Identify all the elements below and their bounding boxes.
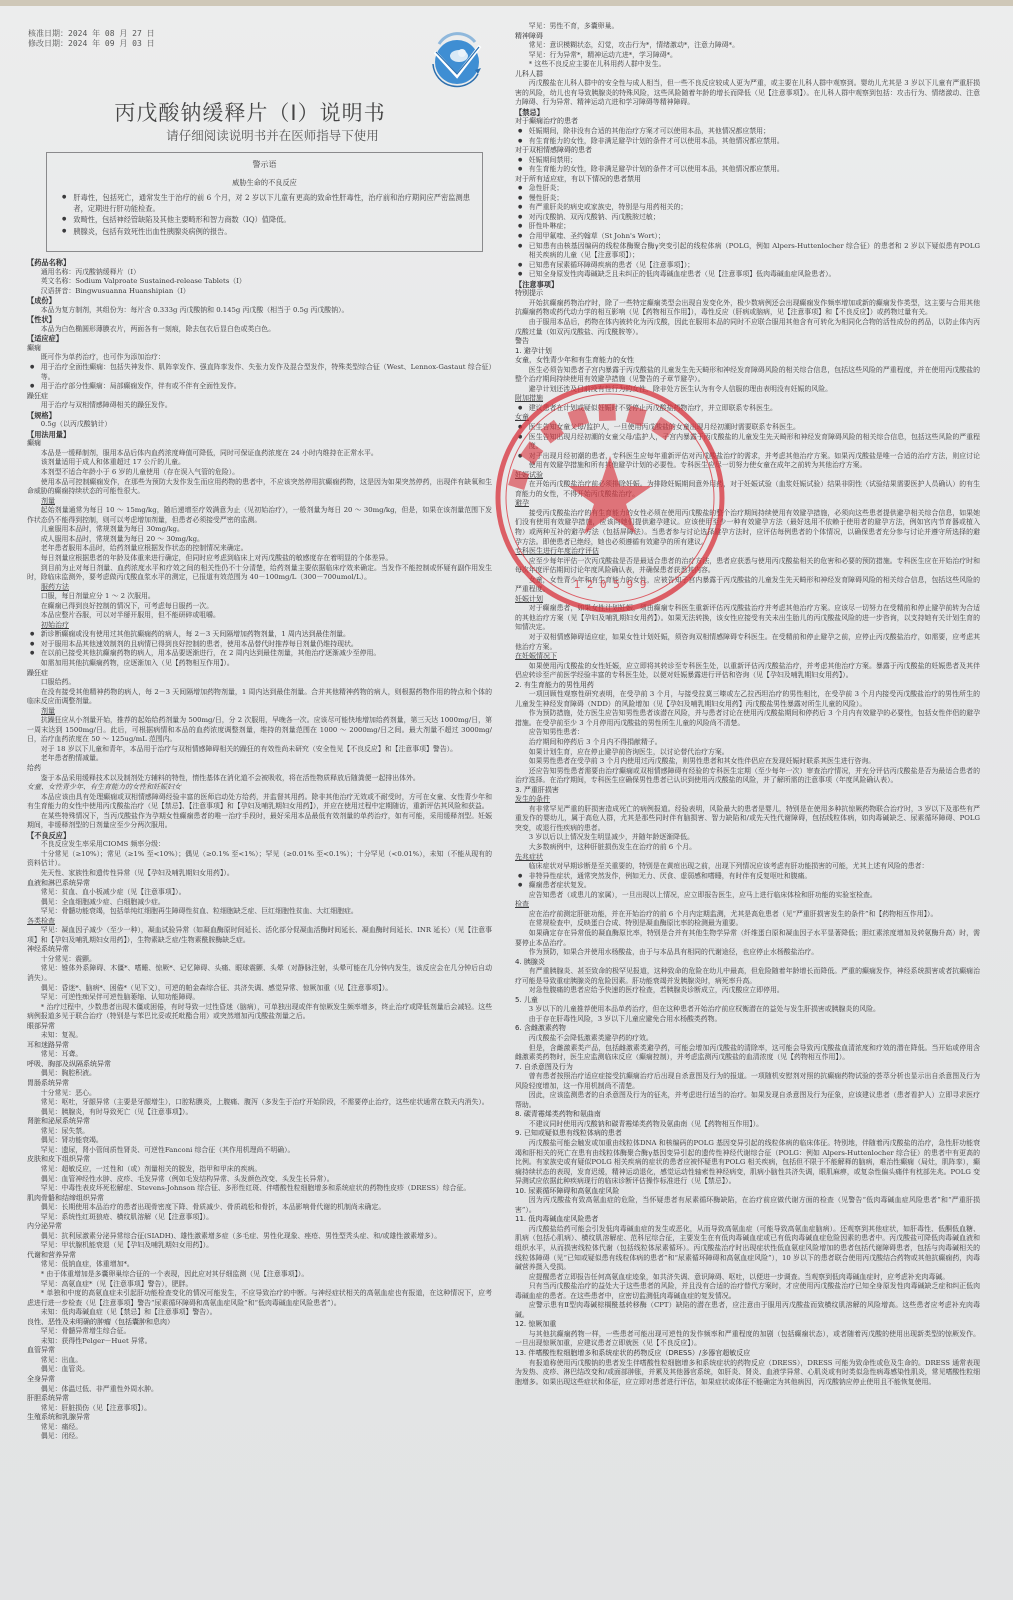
section-heading: 【成份】 <box>27 296 492 306</box>
paragraph: 接受丙戊酸盐治疗的有生育能力的女性必须在使用丙戊酸盐的整个治疗期间持续使用有效避… <box>515 509 980 547</box>
paragraph: 十分常见：恶心。 <box>27 1089 492 1099</box>
underlined-subheading: 避孕 <box>515 499 980 509</box>
indented-line: 通用名称：丙戊酸钠缓释片（Ⅰ） <box>41 268 492 278</box>
document-subtitle: 请仔细阅读说明书并在医师指导下使用 <box>0 126 545 144</box>
subheading: 3. 严重肝损害 <box>515 786 980 796</box>
paragraph: 有报道称使用丙戊酸钠的患者发生伴嗜酸性粒细胞增多和系统症状的药物反应（DRESS… <box>515 1359 980 1388</box>
paragraph: 一项回顾性观察性研究表明，在受孕前 3 个月，与接受拉莫三嗪或左乙拉西坦治疗的男… <box>515 690 980 709</box>
paragraph: 本剂型不适合年龄小于 6 岁的儿童使用（存在误入气管的危险）。 <box>27 468 492 478</box>
bullet-item: 用于治疗部分性癫痫：局部癫痫发作，伴有或不伴有全面性发作。 <box>27 382 492 392</box>
subheading: 生殖系统和乳腺异常 <box>27 1413 492 1423</box>
bullet-item: 对于出现月经初潮的患者，专科医生应每年重新评估对丙戊酸盐治疗的需求，并考虑其他治… <box>515 452 980 471</box>
bullet-item: 有严重肝炎的病史或家族史，特别是与用药相关的； <box>515 203 980 213</box>
paragraph: 罕见：系统性红斑狼疮、横纹肌溶解（见【注意事项】）。 <box>27 1213 492 1223</box>
subheading: 13. 伴嗜酸性粒细胞增多和系统症状的药物反应（DRESS）/多器官超敏反应 <box>515 1349 980 1359</box>
underlined-subheading: 剂量 <box>41 497 492 507</box>
document-title: 丙戊酸钠缓释片（Ⅰ）说明书 <box>0 97 500 127</box>
paragraph: 十分常见（≥10%）；常见（≥1% 至<10%）；偶见（≥0.1% 至<1%）；… <box>27 850 492 869</box>
paragraph: 偶见：胸腔积液。 <box>27 1069 492 1079</box>
section-heading: 【用法用量】 <box>27 430 492 440</box>
underlined-subheading: 服药方法 <box>41 583 492 593</box>
subheading: 给药 <box>27 764 492 774</box>
subheading: 皮肤和皮下组织异常 <box>27 1155 492 1165</box>
paragraph: 丙戊酸盐不会降低激素类避孕药的疗效。 <box>515 1034 980 1044</box>
paragraph: 有严重胰腺炎、甚至致命的极罕见报道，这种致命的危险在幼儿中最高，但危险随着年龄增… <box>515 967 980 986</box>
underlined-subheading: 女童 <box>515 413 980 423</box>
subheading: 特别提示 <box>515 289 980 299</box>
paragraph: 由于存在肝毒性风险，3 岁以下儿童应避免合用水杨酸类药物。 <box>515 1015 980 1025</box>
bullet-item: 建议患者在计划或疑似妊娠时不要停止丙戊酸盐药物治疗，并立即联系专科医生。 <box>515 404 980 414</box>
paragraph: 未知：获得性Pelger－Huet 异常。 <box>27 1337 492 1347</box>
paragraph: 常见：低钠血症，体重增加*。 <box>27 1260 492 1270</box>
subheading: 警告 <box>515 337 980 347</box>
document-dates: 核准日期：2024 年 08 月 27 日 修改日期：2024 年 09 月 0… <box>28 29 155 49</box>
paragraph: 在常规检查中，反映蛋白合成、特别是凝血酶原比率的检测最为重要。 <box>515 919 980 929</box>
paragraph: 偶见：胰腺炎，有时导致死亡（见【注意事项】）。 <box>27 1108 492 1118</box>
bullet-item: 对于服用本品其他速效制剂的且病情已得到良好控制的患者，使用本品替代时推荐每日剂量… <box>27 640 492 650</box>
paragraph: * 治疗过程中，少数患者出现木僵或困倦，有时导致一过性昏迷（脑病），可单独出现或… <box>27 1003 492 1022</box>
paragraph: 罕见：男性不育，多囊卵巢。 <box>515 22 980 32</box>
bullet-item: 医生告知出现月经初潮的女童父母/监护人，子宫内暴露于丙戊酸盐的儿童发生先天畸形和… <box>515 433 980 452</box>
paragraph: 偶见：昏迷*、脑病*、困倦*（见下文），可逆的帕金森综合征、共济失调、感觉异常、… <box>27 984 492 994</box>
underlined-subheading: 先兆症状 <box>515 853 980 863</box>
subheading: 躁狂症 <box>27 669 492 679</box>
section-heading: 【规格】 <box>27 411 492 421</box>
bullet-item: 用于治疗全面性癫痫：包括失神发作、肌阵挛发作、强直阵挛发作、失张力发作及混合型发… <box>27 363 492 382</box>
approval-date: 核准日期：2024 年 08 月 27 日 <box>28 29 155 39</box>
subheading: 儿科人群 <box>515 70 980 80</box>
bullet-item: 癫痫患者症状复发。 <box>515 881 980 891</box>
paragraph: 女童，女性青少年和有生育能力的女性，应被告知子宫内暴露于丙戊酸盐的儿童发生先天畸… <box>515 576 980 595</box>
bullet-item: 妊娠期间禁用； <box>515 156 980 166</box>
paragraph: * 单独和中度的高氨血症未引起肝功能检查变化的情况可能发生，不应导致治疗的中断。… <box>27 1289 492 1308</box>
paragraph: 本品应该由具有处理癫痫或双相情感障碍经验丰富的医师启动处方给药，并监督其用药。除… <box>27 793 492 812</box>
paragraph: 常见：呕吐，牙龈异常（主要是牙龈增生），口腔粘膜炎，上腹痛、腹泻（多发生于治疗开… <box>27 1098 492 1108</box>
paragraph: 常见：耳聋。 <box>27 1050 492 1060</box>
paragraph: 儿童服用本品时，常规剂量为每日 30mg/kg。 <box>27 525 492 535</box>
paragraph: 应警示患有Ⅱ型肉毒碱棕榈酰基转移酶（CPT）缺陷的潜在患者，应注意由于服用丙戊酸… <box>515 1301 980 1320</box>
subheading: 5. 儿童 <box>515 996 980 1006</box>
paragraph: 开始抗癫痫药物治疗时，除了一些特定癫痫类型会出现自发变化外，极少数病例还会出现癫… <box>515 299 980 318</box>
paragraph: 先天性、家族性和遗传性异常（见【孕妇及哺乳期妇女用药】）。 <box>27 869 492 879</box>
underlined-subheading: 剂量 <box>41 707 492 717</box>
bullet-item: 慢性肝炎； <box>515 194 980 204</box>
paragraph: 对于癫痫患者，如果女性计划妊娠，须由癫痫专科医生重新评估丙戊酸盐治疗并考虑其他治… <box>515 604 980 633</box>
section-heading: 【注意事项】 <box>515 280 980 290</box>
paragraph: 常见：出血。 <box>27 1356 492 1366</box>
paragraph: 应提醒患者立即报告任何高氨血症迹象，如共济失调、意识障碍、呕吐，以便进一步调查。… <box>515 1273 980 1283</box>
subheading: 神经系统异常 <box>27 945 492 955</box>
subheading: 内分泌异常 <box>27 1222 492 1232</box>
paragraph: 本品应整片吞服，可以对半掰开服用，但不能研碎或咀嚼。 <box>27 611 492 621</box>
paragraph: 偶见：长期使用本品治疗的患者出现骨密度下降、骨质减少、骨质疏松和骨折，本品影响骨… <box>27 1203 492 1213</box>
subheading: 10. 尿素循环障碍和高氨血症风险 <box>515 1187 980 1197</box>
subheading: 肝胆系统异常 <box>27 1394 492 1404</box>
paragraph: 罕见：行为异常*，精神运动亢进*，学习障碍*。 <box>515 51 980 61</box>
paragraph: 罕见：中毒性表皮坏死松解症、Stevens-Johnson 综合征、多形性红斑、… <box>27 1184 492 1194</box>
subheading: 9. 已知或疑似患有线粒体病的患者 <box>515 1129 980 1139</box>
paragraph: 不建议同时使用丙戊酸钠和碳青霉烯类药物及氨曲南（见【药物相互作用】）。 <box>515 1120 980 1130</box>
revision-date: 修改日期：2024 年 09 月 03 日 <box>28 39 155 49</box>
section-heading: 【药品名称】 <box>27 258 492 268</box>
indented-line: 既可作为单药治疗，也可作为添加治疗： <box>41 353 492 363</box>
paragraph: 偶见：血管神经性水肿、皮疹、毛发异常（例如毛发结构异常、头发颜色改变、头发生长异… <box>27 1175 492 1185</box>
paragraph: 在癫痫已得到良好控制的情况下，可考虑每日服药一次。 <box>27 602 492 612</box>
paragraph: 3 岁以下的儿童推荐使用本品单药治疗，但在这种患者开始治疗前应权衡潜在的益处与发… <box>515 1005 980 1015</box>
paragraph: 罕见：骨髓功能衰竭，包括单纯红细胞再生障碍性贫血、粒细胞缺乏症、巨红细胞性贫血、… <box>27 907 492 917</box>
paragraph: 使用本品可控制癫痫发作，在那些为预防大发作发生而应用药物的患者中，不应该突然停用… <box>27 478 492 497</box>
paragraph: 丙戊酸盐在儿科人群中的安全性与成人相当，但一些不良反应较成人更为严重，或主要在儿… <box>515 79 980 108</box>
paragraph: 对急性腹痛的患者应给予快速的医疗检查，若胰腺炎诊断成立，丙戊酸应立即停用。 <box>515 986 980 996</box>
bullet-item: 新诊断癫痫或没有使用过其他抗癫痫药的病人，每 2－3 天间隔增加药物剂量，1 周… <box>27 630 492 640</box>
subheading: 6. 含雌激素药物 <box>515 1024 980 1034</box>
paragraph: 常见：意识模糊状态，幻觉，攻击行为*，情绪激动*，注意力障碍*。 <box>515 41 980 51</box>
bullet-item: 对丙戊酸钠、双丙戊酸钠、丙戊酰胺过敏； <box>515 213 980 223</box>
paragraph: 与其他抗癫痫药物一样，一些患者可能出现可逆性的发作频率和严重程度的加剧（包括癫痫… <box>515 1330 980 1349</box>
paragraph: 3 岁以后以上情况发生明显减少，并随年龄逐渐降低。 <box>515 833 980 843</box>
paragraph: 由于服用本品后，药物在体内被转化为丙戊酸，因此在服用本品的同时不应联合服用其他含… <box>515 318 980 337</box>
bullet-item: 在以前已接受其他抗癫痫药物的病人，用本品要逐渐进行，在 2 周内达到最佳剂量，其… <box>27 649 492 659</box>
indented-line: 用于治疗与双相情感障碍相关的躁狂发作。 <box>41 401 492 411</box>
subheading: 1. 避孕计划 <box>515 347 980 357</box>
paragraph: 应至少每年评估一次丙戊酸盐是否是最适合患者的治疗方法，患者应获悉与使用丙戊酸盐相… <box>515 557 980 576</box>
warning-title: 警示语 <box>59 159 470 171</box>
section-heading: 【性状】 <box>27 315 492 325</box>
bullet-item: 已知全身原发性肉毒碱缺乏且未纠正的低肉毒碱血症患者（见【注意事项】低肉毒碱血症风… <box>515 270 980 280</box>
paragraph: 常见：贫血、血小板减少症（见【注意事项】）。 <box>27 888 492 898</box>
paragraph: 对于双相情感障碍适应症，如果女性计划妊娠，须咨询双相情感障碍专科医生。在受精前和… <box>515 633 980 652</box>
paragraph: 大多数病例中，这种肝脏损伤发生在治疗的前 6 个月。 <box>515 843 980 853</box>
paragraph: 每日剂量应根据患者的年龄及体重来进行确定，但同时应考虑到临床上对丙戊酸盐的敏感度… <box>27 554 492 564</box>
paragraph: 常见：锥体外系障碍、木僵*、嗜睡、惊厥*、记忆障碍、头痛、眼球震颤、头晕（对静脉… <box>27 964 492 983</box>
subheading: 4. 胰腺炎 <box>515 958 980 968</box>
paragraph: 罕见：凝血因子减少（至少一种），凝血试验异常（如凝血酶原时间延长、活化部分促凝血… <box>27 926 492 945</box>
paragraph: 偶见：闭经。 <box>27 1432 492 1442</box>
subheading: 肌肉骨骼和结缔组织异常 <box>27 1194 492 1204</box>
underlined-subheading: 初始治疗 <box>41 621 492 631</box>
paragraph: 应在治疗前测定肝脏功能，并在开始治疗的前 6 个月内定期监测，尤其是高危患者（见… <box>515 910 980 920</box>
paragraph: 罕见：可逆性痴呆伴可逆性脑萎缩、认知功能障碍。 <box>27 993 492 1003</box>
paragraph: 罕见：骨髓异常增生综合征。 <box>27 1327 492 1337</box>
paragraph: 偶见：全血细胞减少症、白细胞减少症。 <box>27 898 492 908</box>
paragraph: 应告知患者（或患儿的家属），一旦出现以上情况，应立即报告医生，应马上进行临床体检… <box>515 891 980 901</box>
subheading: 呼吸、胸部及纵隔系统异常 <box>27 1060 492 1070</box>
paragraph: 丙戊酸盐可能会触发或加重由线粒体DNA 和核编码的POLG 基因变异引起的线粒体… <box>515 1139 980 1187</box>
paragraph: 该剂量适用于成人和体重超过 17 公斤的儿童。 <box>27 458 492 468</box>
warning-item: 致畸性，包括神经管缺陷及其他主要畸形和智力商数（IQ）值降低。 <box>59 214 470 225</box>
drug-leaflet-page: 核准日期：2024 年 08 月 27 日 修改日期：2024 年 09 月 0… <box>0 0 1013 1600</box>
paragraph: 对于 18 岁以下儿童和青年，本品用于治疗与双相情感障碍相关的躁狂的有效性尚未研… <box>27 745 492 755</box>
subheading: 肾脏和泌尿系统异常 <box>27 1117 492 1127</box>
subheading: 胃肠系统异常 <box>27 1079 492 1089</box>
paragraph: 老年患者服用本品时，给药剂量应根据发作状态的控制情况来确定。 <box>27 544 492 554</box>
indented-line: 英文名称：Sodium Valproate Sustained-release … <box>41 277 492 287</box>
paragraph: 如需加用其他抗癫痫药物，应逐渐加入（见【药物相互作用】）。 <box>27 659 492 669</box>
subheading: 耳和迷路异常 <box>27 1041 492 1051</box>
bullet-item: 合用甲氟喹、圣约翰草（St John's Wort）； <box>515 232 980 242</box>
paragraph: 如果男性患者在受孕前 3 个月内使用过丙戊酸盐，则男性患者和其女性伴侣应在发现妊… <box>515 757 980 767</box>
paragraph: 常见：痛经。 <box>27 1423 492 1433</box>
paragraph: 常见：超敏反应，一过性和（或）剂量相关的脱发，指甲和甲床的疾病。 <box>27 1165 492 1175</box>
paper-top-edge <box>0 0 1013 6</box>
bullet-item: 妊娠期间，除非没有合适的其他治疗方案才可以使用本品，其他情况都应禁用； <box>515 127 980 137</box>
paragraph: 丙戊酸盐给药可能会引发低肉毒碱血症的发生或恶化，从而导致高氨血症（可能导致高氨血… <box>515 1225 980 1273</box>
paragraph: 偶见：体温过低、非严重性外周水肿。 <box>27 1385 492 1395</box>
paragraph: 未知：低肉毒碱血症（见【禁忌】和【注意事项】警告）。 <box>27 1308 492 1318</box>
subheading: 对于癫痫治疗的患者 <box>515 117 980 127</box>
subheading: 血液和淋巴系统异常 <box>27 879 492 889</box>
warning-item: 胰腺炎，包括有致死性出血性胰腺炎病例的报告。 <box>59 226 470 237</box>
bullet-item: 已知患有由核基因编码的线粒体酶聚合酶γ突变引起的线粒体病（POLG，例如 Alp… <box>515 242 980 261</box>
paragraph: 抗躁狂应从小剂量开始，推荐的起始给药剂量为 500mg/日，分 2 次服用，早晚… <box>27 716 492 745</box>
paragraph: 未知：复视。 <box>27 1031 492 1041</box>
subheading: 对于双相情感障碍的患者 <box>515 146 980 156</box>
bullet-item: 已知患有尿素循环障碍疾病的患者（见【注意事项】）； <box>515 261 980 271</box>
paragraph: 鉴于本品采用缓释技术以及制剂处方辅料的特性，惰性基体在消化道不会被吸收，将在活性… <box>27 774 492 784</box>
paragraph: 成人服用本品时，常规剂量为每日 20 ～ 30mg/kg。 <box>27 535 492 545</box>
consistency-evaluation-logo-icon <box>426 30 488 92</box>
paragraph: 到目前为止对每日剂量、血药浓度水平和疗效之间的相关性仍不十分清楚，给药剂量主要依… <box>27 564 492 583</box>
paragraph: 在没有接受其他精神药物的病人，每 2－3 天间隔增加药物剂量，1 周内达到最佳剂… <box>27 688 492 707</box>
paragraph: 老年患者酌情减量。 <box>27 754 492 764</box>
subheading: 女童，女性青少年和有生育能力的女性 <box>515 356 980 366</box>
underlined-subheading: 检查 <box>515 900 980 910</box>
paragraph: 避孕计划还涉及目前没有性行为的女性，除非处方医生认为有令人信服的理由表明没有妊娠… <box>515 385 980 395</box>
underlined-subheading: 各类检查 <box>27 917 492 927</box>
underlined-subheading: 发生的条件 <box>515 795 980 805</box>
subheading: 7. 自杀意图及行为 <box>515 1063 980 1073</box>
left-column: 【药品名称】通用名称：丙戊酸钠缓释片（Ⅰ）英文名称：Sodium Valproa… <box>27 258 492 1442</box>
paragraph: 因为丙戊酸盐有致高氨血症的危险，当怀疑患者有尿素循环酶缺陷，在治疗前应做代谢方面… <box>515 1196 980 1215</box>
right-column: 罕见：男性不育，多囊卵巢。精神障碍常见：意识模糊状态，幻觉，攻击行为*，情绪激动… <box>515 22 980 1387</box>
subheading: 代谢和营养异常 <box>27 1251 492 1261</box>
underlined-subheading: 附加措施 <box>515 394 980 404</box>
paragraph: 口服给药。 <box>27 678 492 688</box>
paragraph: 口服，每日剂量应分 1 ～ 2 次服用。 <box>27 592 492 602</box>
paragraph: 作为预防，如果合并使用水杨酸盐，由于与本品具有相同的代谢途径，也应停止水杨酸盐治… <box>515 948 980 958</box>
paragraph: 有非常罕见严重的肝损害造成死亡的病例报道。经验表明，风险最大的患者是婴儿，特别是… <box>515 805 980 834</box>
underlined-subheading: 专科医生进行年度治疗评估 <box>515 547 980 557</box>
bullet-item: 急性肝炎； <box>515 184 980 194</box>
paragraph: 曾有患者按照治疗适应症接受抗癫痫治疗后出现自杀意图及行为的报道。一项随机安慰剂对… <box>515 1072 980 1091</box>
warning-subtitle: 威胁生命的不良反应 <box>59 177 470 189</box>
warning-item: 肝毒性，包括死亡，通常发生于治疗的前 6 个月，对 2 岁以下儿童有更高的致命性… <box>59 192 470 214</box>
underlined-subheading: 妊娠计划 <box>515 595 980 605</box>
subheading: 癫痫 <box>27 439 492 449</box>
subheading: 眼部异常 <box>27 1022 492 1032</box>
paragraph: 不良反应发生率采用CIOMS 频率分级： <box>27 840 492 850</box>
subheading: 2. 有生育能力的男性用药 <box>515 681 980 691</box>
section-heading: 【禁忌】 <box>515 108 980 118</box>
paragraph: 偶见：肾功能衰竭。 <box>27 1136 492 1146</box>
subheading: 11. 低肉毒碱血症风险患者 <box>515 1215 980 1225</box>
paragraph: 还应告知男性患者需要由治疗癫痫或双相情感障碍有经验的专科医生定期（至少每年一次）… <box>515 767 980 786</box>
paragraph: 如果使用丙戊酸盐的女性妊娠，应立即将其转诊至专科医生处，以重新评估丙戊酸盐治疗，… <box>515 662 980 681</box>
indented-line: 0.5g（以丙戊酸钠计） <box>41 420 492 430</box>
subheading: 8. 碳青霉烯类药物和氨曲南 <box>515 1110 980 1120</box>
indented-line: 本品为白色椭圆形薄膜衣片，两面各有一刻痕，除去包衣后显白色或类白色。 <box>41 325 492 335</box>
paragraph: 如果计划生育，应在停止避孕前咨询医生，以讨论替代治疗方案。 <box>515 748 980 758</box>
paragraph: 在某些特殊情况下，当丙戊酸盐作为孕期女性癫痫患者的唯一治疗手段时，最好采用本品最… <box>27 812 492 831</box>
bullet-item: 有生育能力的女性，除非满足避孕计划的条件才可以使用本品，其他情况都应禁用。 <box>515 137 980 147</box>
paragraph: 如果确定存在异常低的凝血酶原比率，特别是合并有其他生物学异常（纤维蛋白原和凝血因… <box>515 929 980 948</box>
bullet-item: 有生育能力的女性，除非满足避孕计划的条件才可以使用本品，其他情况都应禁用。 <box>515 165 980 175</box>
paragraph: 起始剂量通常为每日 10 ～ 15mg/kg，随后递增至疗效满意为止（见初始治疗… <box>27 506 492 525</box>
indented-line: 本品为复方制剂，其组份为：每片含 0.333g 丙戊酸钠和 0.145g 丙戊酸… <box>41 306 492 316</box>
bullet-item: 医生告知女童父母/监护人，一旦使用丙戊酸盐的女童出现月经初潮时需要联系专科医生。 <box>515 423 980 433</box>
paragraph: 应告知男性患者： <box>515 728 980 738</box>
paragraph: 常见：尿失禁。 <box>27 1127 492 1137</box>
section-heading: 【不良反应】 <box>27 831 492 841</box>
paragraph: 罕见：高氨血症*（见【注意事项】警告），肥胖。 <box>27 1280 492 1290</box>
subheading: 对于所有适应症，有以下情况的患者禁用 <box>515 175 980 185</box>
subheading: 良性、恶性及未明确的肿瘤（包括囊肿和息肉） <box>27 1318 492 1328</box>
paragraph: 偶见：抗利尿激素分泌异常综合征(SIADH)、雄性激素增多症（多毛症、男性化现象… <box>27 1232 492 1242</box>
subheading: 全身异常 <box>27 1375 492 1385</box>
paragraph: 罕见：遗尿，肾小管间质性肾炎、可逆性Fanconi 综合征（其作用机理尚不明确）… <box>27 1146 492 1156</box>
subheading: 精神障碍 <box>515 32 980 42</box>
subheading: 12. 惊厥加重 <box>515 1320 980 1330</box>
underlined-subheading: 妊娠试验 <box>515 471 980 481</box>
paragraph: 但是，含雌激素类产品，包括雌激素类避孕药，可能会增加丙戊酸盐的清除率，这可能会导… <box>515 1044 980 1063</box>
bullet-item: 肝性卟啉症； <box>515 222 980 232</box>
indented-line: 汉语拼音：Bingwusuanna Huanshipian（Ⅰ） <box>41 287 492 297</box>
paragraph: 罕见：甲状腺机能衰退（见【孕妇及哺乳期妇女用药】）。 <box>27 1241 492 1251</box>
paragraph: 临床症状对早期诊断是至关重要的，特别是在黄疸出现之前，出现下列情况应该考虑有肝功… <box>515 862 980 872</box>
paragraph: 医生必须告知患者子宫内暴露于丙戊酸盐的儿童发生先天畸形和神经发育障碍风险的相关综… <box>515 366 980 385</box>
paragraph: 治疗期间和停药后 3 个月内不得捐献精子。 <box>515 738 980 748</box>
underlined-subheading: 在妊娠情况下 <box>515 652 980 662</box>
paragraph: 因此，应该监测患者的自杀意图及行为的征兆，并考虑进行适当的治疗。如果发现自杀意图… <box>515 1091 980 1110</box>
paragraph: 在开始丙戊酸盐治疗前必须排除妊娠。为排除妊娠期间意外用药，对于妊娠试验（血浆妊娠… <box>515 480 980 499</box>
bullet-item: 非特异性症状，通常突然发作，例如无力、厌食、虚弱感和嗜睡，有时伴有反复呕吐和腹痛… <box>515 872 980 882</box>
paragraph: 常见：肝脏损伤（见【注意事项】）。 <box>27 1404 492 1414</box>
section-heading: 【适应症】 <box>27 334 492 344</box>
paragraph: * 由于体重增加是多囊卵巢综合征的一个表现，因此应对其仔细监测（见【注意事项】）… <box>27 1270 492 1280</box>
paragraph: 作为预防措施，处方医生应告知男性患者该潜在风险，并与患者讨论在使用丙戊酸盐期间和… <box>515 709 980 728</box>
warning-box: 警示语 威胁生命的不良反应 肝毒性，包括死亡，通常发生于治疗的前 6 个月，对 … <box>46 152 483 252</box>
italic-subheading: 女童、女性青少年、有生育能力的女性和妊娠妇女 <box>27 783 492 793</box>
subheading: 血管异常 <box>27 1346 492 1356</box>
subheading: 躁狂症 <box>27 392 492 402</box>
paragraph: 只有当丙戊酸盐治疗的益处大于这些患者的风险，并且没有合适的治疗替代方案时，才应使… <box>515 1282 980 1301</box>
paragraph: * 这些不良反应主要在儿科用药人群中发生。 <box>515 60 980 70</box>
paragraph: 偶见：血管炎。 <box>27 1365 492 1375</box>
